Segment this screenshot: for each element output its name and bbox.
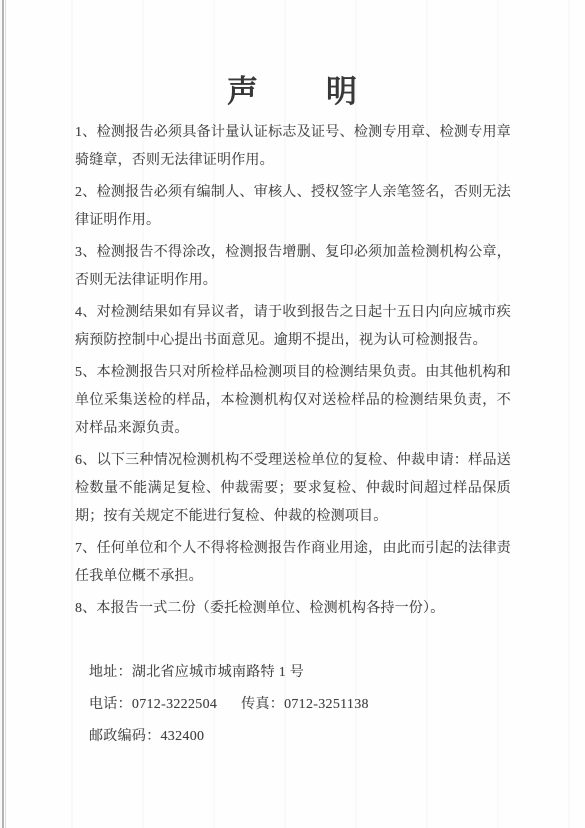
phone-value: 0712-3222504 xyxy=(132,697,217,712)
contact-block: 地址：湖北省应城市城南路特 1 号 电话：0712-3222504传真：0712… xyxy=(89,657,369,753)
address-value: 湖北省应城市城南路特 1 号 xyxy=(132,665,304,680)
statement-item-1: 1、检测报告必须具备计量认证标志及证号、检测专用章、检测专用章骑缝章，否则无法律… xyxy=(75,119,511,175)
statement-item-7: 7、任何单位和个人不得将检测报告作商业用途，由此而引起的法律责任我单位概不承担。 xyxy=(75,535,511,591)
phone-fax-line: 电话：0712-3222504传真：0712-3251138 xyxy=(89,689,369,721)
postal-label: 邮政编码： xyxy=(89,729,161,744)
fax-label: 传真： xyxy=(241,697,284,712)
statement-item-5: 5、本检测报告只对所检样品检测项目的检测结果负责。由其他机构和单位采集送检的样品… xyxy=(75,359,511,443)
scan-edge-line-faint xyxy=(5,0,6,828)
address-line: 地址：湖北省应城市城南路特 1 号 xyxy=(89,657,369,689)
statement-item-8: 8、本报告一式二份（委托检测单位、检测机构各持一份）。 xyxy=(75,595,511,623)
statement-item-4: 4、对检测结果如有异议者，请于收到报告之日起十五日内向应城市疾病预防控制中心提出… xyxy=(75,299,511,355)
document-title: 声 明 xyxy=(75,66,511,111)
statement-item-2: 2、检测报告必须有编制人、审核人、授权签字人亲笔签名，否则无法律证明作用。 xyxy=(75,179,511,235)
phone-label: 电话： xyxy=(89,697,132,712)
postal-value: 432400 xyxy=(161,729,205,744)
scan-edge-line xyxy=(2,0,4,828)
address-label: 地址： xyxy=(89,665,132,680)
statement-body: 1、检测报告必须具备计量认证标志及证号、检测专用章、检测专用章骑缝章，否则无法律… xyxy=(75,119,511,627)
statement-item-6: 6、以下三种情况检测机构不受理送检单位的复检、仲裁申请：样品送检数量不能满足复检… xyxy=(75,447,511,531)
postal-code-line: 邮政编码：432400 xyxy=(89,721,369,753)
scanned-document-page: 声 明 1、检测报告必须具备计量认证标志及证号、检测专用章、检测专用章骑缝章，否… xyxy=(0,0,585,828)
statement-item-3: 3、检测报告不得涂改，检测报告增删、复印必须加盖检测机构公章，否则无法律证明作用… xyxy=(75,239,511,295)
fax-value: 0712-3251138 xyxy=(284,697,369,712)
